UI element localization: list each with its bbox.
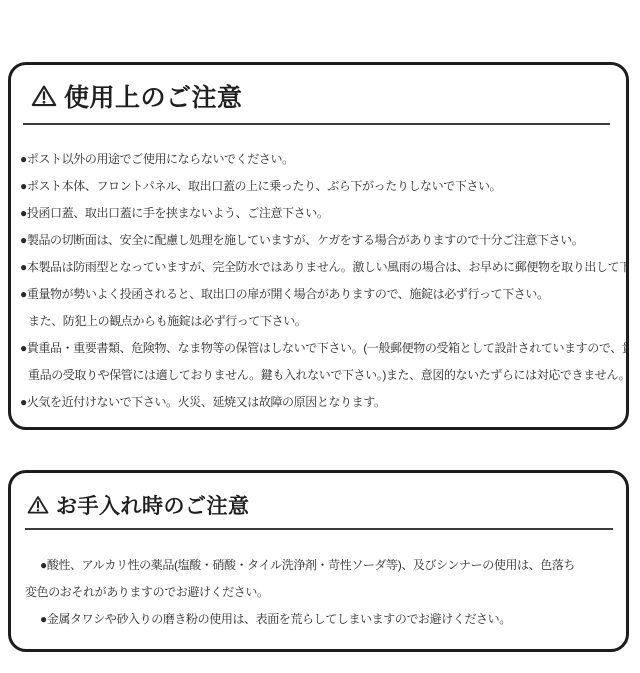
instruction-sheet: 使用上のご注意 ●ポスト以外の用途でご使用にならないでください。 ●ポスト本体、… [0, 0, 640, 673]
care-notice-box: お手入れ時のご注意 ●酸性、アルカリ性の薬品(塩酸・硝酸・タイル洗浄剤・苛性ソー… [8, 470, 629, 652]
notice-line: ●重量物が勢いよく投函されると、取出口の扉が開く場合がありますので、施錠は必ず行… [11, 281, 626, 308]
notice-line: ●金属タワシや砂入りの磨き粉の使用は、表面を荒らしてしまいますのでお避けください… [11, 606, 626, 633]
notice-line: ●火気を近付けないで下さい。火災、延焼又は故障の原因となります。 [11, 389, 626, 416]
notice-line: 変色のおそれがありますのでお避けください。 [11, 579, 626, 606]
notice-line: ●本製品は防雨型となっていますが、完全防水ではありません。激しい風雨の場合は、お… [11, 254, 626, 281]
warning-triangle-icon [27, 492, 49, 518]
notice-line: ●酸性、アルカリ性の薬品(塩酸・硝酸・タイル洗浄剤・苛性ソーダ等)、及びシンナー… [11, 552, 626, 579]
header-rule [23, 123, 610, 125]
notice-line: ●ポスト本体、フロントパネル、取出口蓋の上に乗ったり、ぶら下がったりしないで下さ… [11, 173, 626, 200]
usage-notice-lines: ●ポスト以外の用途でご使用にならないでください。 ●ポスト本体、フロントパネル、… [11, 146, 626, 416]
usage-notice-box: 使用上のご注意 ●ポスト以外の用途でご使用にならないでください。 ●ポスト本体、… [8, 62, 629, 430]
warning-triangle-icon [31, 81, 57, 111]
header-rule [25, 528, 613, 530]
care-notice-lines: ●酸性、アルカリ性の薬品(塩酸・硝酸・タイル洗浄剤・苛性ソーダ等)、及びシンナー… [11, 552, 626, 633]
notice-line: また、防犯上の観点からも施錠は必ず行って下さい。 [11, 308, 626, 335]
notice-line: 重品の受取りや保管には適しておりません。鍵も入れないで下さい。)また、意図的ない… [11, 362, 626, 389]
notice-line: ●投函口蓋、取出口蓋に手を挟まないよう、ご注意下さい。 [11, 200, 626, 227]
care-notice-header: お手入れ時のご注意 [27, 490, 608, 520]
notice-line: ●ポスト以外の用途でご使用にならないでください。 [11, 146, 626, 173]
usage-notice-title: 使用上のご注意 [64, 78, 243, 114]
care-notice-title: お手入れ時のご注意 [56, 490, 250, 520]
notice-line: ●貴重品・重要書類、危険物、なま物等の保管はしないで下さい。(一般郵便物の受箱と… [11, 335, 626, 362]
notice-line: ●製品の切断面は、安全に配慮し処理を施していますが、ケガをする場合がありますので… [11, 227, 626, 254]
usage-notice-header: 使用上のご注意 [31, 78, 608, 114]
